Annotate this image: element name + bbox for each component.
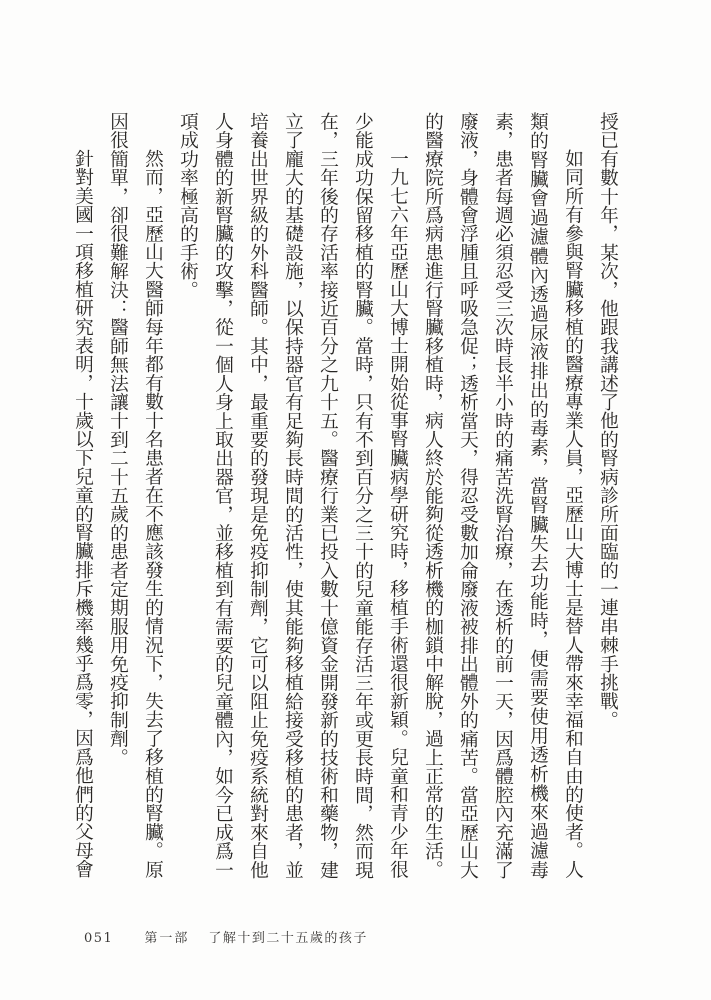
paragraph: 一九七六年亞歷山大博士開始從事腎臟病學研究時，移植手術還很新穎。兒童和青少年很少… [170,112,415,879]
paragraph: 授已有數十年，某次，他跟我講述了他的腎病診所面臨的一連串棘手挑戰。 [590,112,625,879]
chapter-title: 了解十到二十五歲的孩子 [208,927,368,946]
page-footer: 051 第一部 了解十到二十五歲的孩子 [84,927,368,946]
body-text: 授已有數十年，某次，他跟我講述了他的腎病診所面臨的一連串棘手挑戰。 如同所有參與… [65,112,625,879]
paragraph: 如同所有參與腎臟移植的醫療專業人員，亞歷山大博士是替人帶來幸福和自由的使者。人類… [415,112,590,879]
paragraph: 針對美國一項移植研究表明，十歲以下兒童的腎臟排斥機率幾乎爲零，因爲他們的父母會 [65,112,100,879]
page-number: 051 [84,931,113,946]
book-page: 授已有數十年，某次，他跟我講述了他的腎病診所面臨的一連串棘手挑戰。 如同所有參與… [0,0,711,1000]
part-label: 第一部 [144,927,189,946]
paragraph: 然而，亞歷山大醫師每年都有數十名患者在不應該發生的情況下，失去了移植的腎臟。原因… [100,112,170,879]
